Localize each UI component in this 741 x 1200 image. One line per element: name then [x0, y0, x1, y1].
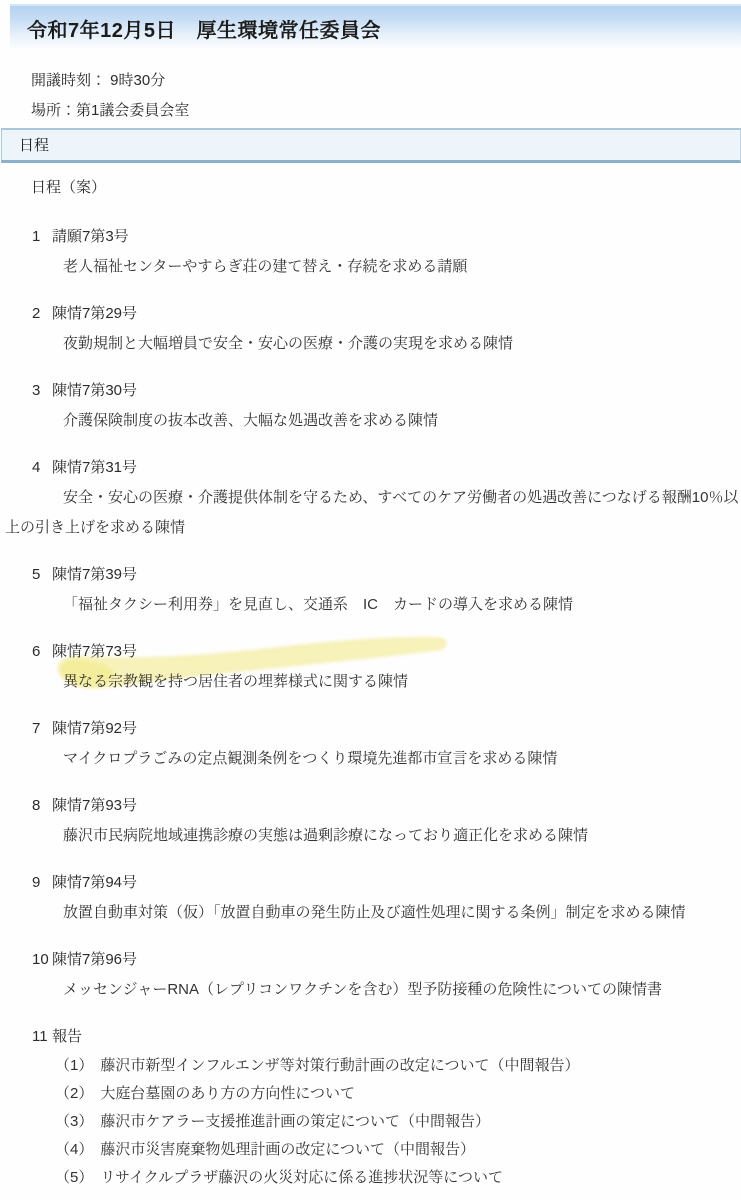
report-subitem-5: （5）リサイクルプラザ藤沢の火災対応に係る進捗状況等について [5, 1164, 741, 1192]
item-label: 陳情7第93号 [52, 797, 137, 814]
page-title: 令和7年12月5日 厚生環境常任委員会 [27, 14, 381, 43]
subitem-text: 藤沢市ケアラー支援推進計画の策定について（中間報告） [100, 1113, 490, 1130]
item-label: 陳情7第96号 [52, 951, 137, 968]
report-subitem-3: （3）藤沢市ケアラー支援推進計画の策定について（中間報告） [5, 1108, 741, 1136]
item-label: 陳情7第39号 [52, 566, 137, 583]
agenda-item-8: 8陳情7第93号 藤沢市民病院地域連携診療の実態は過剰診療になっており適正化を求… [5, 791, 741, 851]
agenda-item-head: 3陳情7第30号 [5, 376, 741, 406]
report-subitem-list: （1）藤沢市新型インフルエンザ等対策行動計画の改定について（中間報告） （2）大… [5, 1052, 741, 1192]
report-subitem-2: （2）大庭台墓園のあり方の方向性について [5, 1080, 741, 1108]
item-label: 請願7第3号 [52, 228, 129, 245]
agenda-list: 1請願7第3号 老人福祉センターやすらぎ荘の建て替え・存続を求める請願 2陳情7… [5, 222, 741, 1192]
item-label: 陳情7第30号 [52, 382, 137, 399]
agenda-item-head: 10陳情7第96号 [5, 945, 741, 975]
item-description: 「福祉タクシー利用券」を見直し、交通系 IC カードの導入を求める陳情 [5, 590, 741, 620]
item-number: 6 [32, 637, 52, 667]
agenda-item-5: 5陳情7第39号 「福祉タクシー利用券」を見直し、交通系 IC カードの導入を求… [5, 560, 741, 620]
item-label: 陳情7第29号 [52, 305, 137, 322]
item-description-highlighted: 異なる宗教観を持つ居住者の埋葬様式に関する陳情 [5, 667, 741, 697]
subitem-number: （2） [55, 1085, 93, 1102]
item-number: 11 [32, 1022, 52, 1052]
item-number: 7 [32, 714, 52, 744]
agenda-item-head: 5陳情7第39号 [5, 560, 741, 590]
agenda-item-head: 11報告 [5, 1022, 741, 1052]
agenda-item-head: 2陳情7第29号 [5, 299, 741, 329]
agenda-item-1: 1請願7第3号 老人福祉センターやすらぎ荘の建て替え・存続を求める請願 [5, 222, 741, 282]
meeting-opening-time: 開議時刻： 9時30分 [31, 73, 741, 88]
agenda-item-head: 4陳情7第31号 [5, 453, 741, 483]
subitem-number: （3） [55, 1113, 93, 1130]
item-number: 10 [32, 945, 52, 975]
item-description: 安全・安心の医療・介護提供体制を守るため、すべてのケア労働者の処遇改善につなげる… [5, 483, 741, 543]
item-description: メッセンジャーRNA（レプリコンワクチンを含む）型予防接種の危険性についての陳情… [5, 975, 741, 1005]
subitem-number: （5） [55, 1169, 93, 1186]
agenda-item-head: 6陳情7第73号 [5, 637, 741, 667]
item-label: 報告 [52, 1028, 82, 1045]
subitem-number: （4） [55, 1141, 93, 1158]
agenda-item-9: 9陳情7第94号 放置自動車対策（仮）「放置自動車の発生防止及び適性処理に関する… [5, 868, 741, 928]
subitem-number: （1） [55, 1057, 93, 1074]
item-number: 1 [32, 222, 52, 252]
item-number: 4 [32, 453, 52, 483]
item-description: 放置自動車対策（仮）「放置自動車の発生防止及び適性処理に関する条例」制定を求める… [5, 898, 741, 928]
agenda-item-head: 1請願7第3号 [5, 222, 741, 252]
report-subitem-1: （1）藤沢市新型インフルエンザ等対策行動計画の改定について（中間報告） [5, 1052, 741, 1080]
item-description: マイクロプラごみの定点観測条例をつくり環境先進都市宣言を求める陳情 [5, 744, 741, 774]
agenda-item-head: 9陳情7第94号 [5, 868, 741, 898]
meeting-meta: 開議時刻： 9時30分 場所：第1議会委員会室 [31, 73, 741, 118]
subitem-text: 大庭台墓園のあり方の方向性について [100, 1085, 355, 1102]
page-title-bar: 令和7年12月5日 厚生環境常任委員会 [10, 4, 741, 51]
item-number: 8 [32, 791, 52, 821]
item-label: 陳情7第92号 [52, 720, 137, 737]
agenda-item-2: 2陳情7第29号 夜勤規制と大幅増員で安全・安心の医療・介護の実現を求める陳情 [5, 299, 741, 359]
item-description: 藤沢市民病院地域連携診療の実態は過剰診療になっており適正化を求める陳情 [5, 821, 741, 851]
meeting-location: 場所：第1議会委員会室 [31, 103, 741, 118]
item-number: 3 [32, 376, 52, 406]
item-description: 夜勤規制と大幅増員で安全・安心の医療・介護の実現を求める陳情 [5, 329, 741, 359]
document-page: { "header": { "title": "令和7年12月5日 厚生環境常任… [0, 0, 741, 1200]
agenda-item-head: 8陳情7第93号 [5, 791, 741, 821]
item-label: 陳情7第73号 [52, 643, 137, 660]
item-number: 5 [32, 560, 52, 590]
item-number: 9 [32, 868, 52, 898]
agenda-subtitle: 日程（案） [31, 180, 741, 195]
agenda-item-3: 3陳情7第30号 介護保険制度の抜本改善、大幅な処遇改善を求める陳情 [5, 376, 741, 436]
item-description: 老人福祉センターやすらぎ荘の建て替え・存続を求める請願 [5, 252, 741, 282]
agenda-item-4: 4陳情7第31号 安全・安心の医療・介護提供体制を守るため、すべてのケア労働者の… [5, 453, 741, 543]
report-subitem-4: （4）藤沢市災害廃棄物処理計画の改定について（中間報告） [5, 1136, 741, 1164]
agenda-item-head: 7陳情7第92号 [5, 714, 741, 744]
item-description: 介護保険制度の抜本改善、大幅な処遇改善を求める陳情 [5, 406, 741, 436]
subitem-text: 藤沢市新型インフルエンザ等対策行動計画の改定について（中間報告） [100, 1057, 579, 1074]
subitem-text: 藤沢市災害廃棄物処理計画の改定について（中間報告） [100, 1141, 475, 1158]
section-header-schedule: 日程 [1, 128, 741, 163]
agenda-item-6-highlighted: 6陳情7第73号 異なる宗教観を持つ居住者の埋葬様式に関する陳情 [5, 637, 741, 697]
item-number: 2 [32, 299, 52, 329]
agenda-item-11-reports: 11報告 （1）藤沢市新型インフルエンザ等対策行動計画の改定について（中間報告）… [5, 1022, 741, 1192]
subitem-text: リサイクルプラザ藤沢の火災対応に係る進捗状況等について [100, 1169, 503, 1186]
agenda-item-7: 7陳情7第92号 マイクロプラごみの定点観測条例をつくり環境先進都市宣言を求める… [5, 714, 741, 774]
item-label: 陳情7第94号 [52, 874, 137, 891]
item-label: 陳情7第31号 [52, 459, 137, 476]
agenda-item-10: 10陳情7第96号 メッセンジャーRNA（レプリコンワクチンを含む）型予防接種の… [5, 945, 741, 1005]
